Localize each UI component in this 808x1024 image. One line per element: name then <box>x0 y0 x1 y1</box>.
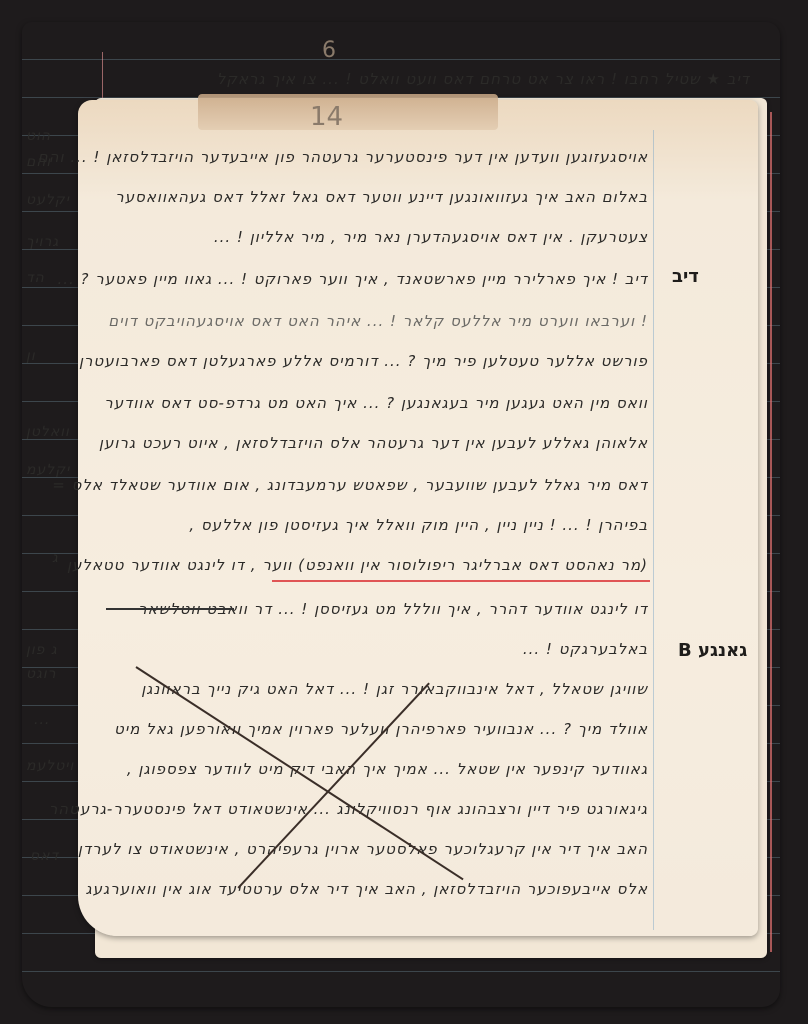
left-margin-word: הד <box>26 270 45 286</box>
left-margin-word: רוגט <box>26 666 57 682</box>
back-page-number: 6 <box>322 38 336 63</box>
left-margin-word: ג <box>52 550 59 566</box>
crossed-line: שוויגן שטאלל , דאל אינבווקבאורר זגן ! ..… <box>141 680 648 698</box>
left-margin-word: ג פון <box>26 642 58 658</box>
manuscript-line-underlined: (מר נאהסט דאס אברליגר ריפולוסור אין וואנ… <box>67 556 648 574</box>
crossed-line: גיגאורגט פיר דיין ורצבהונג אוף רנסוויקלו… <box>49 800 648 818</box>
left-margin-word: יקלעט <box>26 192 70 208</box>
crossed-line: האב איך דיר אין קרעגלוכער פאלסטער ארוין … <box>78 840 648 858</box>
left-margin-word: דאס <box>30 848 59 864</box>
manuscript-line: באלום האב איך געזוואונגען דיינע ווטער דא… <box>115 188 648 206</box>
front-sheet: 14 אויסגעזוגען וועדען אין דער פינסטערער … <box>78 100 758 936</box>
manuscript-line: דיב ! איך פארלירר מיין פארשטאנד , איך וו… <box>57 270 648 288</box>
left-margin-word: ... <box>34 712 50 728</box>
left-margin-word: ויטלעמ <box>26 758 74 774</box>
manuscript-line: אויסגעזוגען וועדען אין דער פינסטערער גרע… <box>38 148 648 166</box>
manuscript-line: אלאוהן גאללע לעבען אין דער גרעטהר אלס הו… <box>99 434 648 452</box>
red-edge <box>770 112 772 952</box>
front-page-number: 14 <box>310 102 343 132</box>
left-margin-word: הוט <box>26 128 51 144</box>
crossed-line: אלס אייבעפוכער הויזבדלסזאן , האב איך דיר… <box>85 880 648 898</box>
back-top-line: דיב ★ שטיל רחבו ! ראו צר אט טרחם דאס ווע… <box>217 70 750 88</box>
manuscript-line: פורשט אללער טעטלען פיר מיך ? ... דורמיס … <box>79 352 648 370</box>
manuscript-line: בפיהרן ! ... ! ניין ניין , היין מוק וואל… <box>189 516 648 534</box>
left-margin-word: ון <box>26 348 36 364</box>
manuscript-line: וואס מין האט געגען מיר בעגאנגען ? ... אי… <box>104 394 648 412</box>
torn-edge <box>198 94 498 130</box>
manuscript-line: צעטרעקן . אין דאס אויסגעהדערן נאר מיר , … <box>214 228 648 246</box>
margin-line <box>653 130 654 930</box>
margin-mark: B גאנגע <box>678 640 747 661</box>
manuscript-line: באלבערגקט ! ... <box>523 640 648 658</box>
left-margin-word: גרויך <box>26 234 59 250</box>
strikethrough <box>106 608 234 610</box>
manuscript-line: ! וערבאו ווערט מיר אללעס קלאר ! ... איהר… <box>108 312 648 330</box>
crossed-line: גאוודער קינפער אין שטאל ... אמיך איך האב… <box>127 760 648 778</box>
red-underline <box>272 580 650 582</box>
margin-mark: דיב <box>672 266 699 287</box>
left-margin-word: וואלטן <box>26 424 70 440</box>
manuscript-line: דאס מיר גאלל לעבען שוועבער , שפאטש ערמעב… <box>52 476 648 494</box>
